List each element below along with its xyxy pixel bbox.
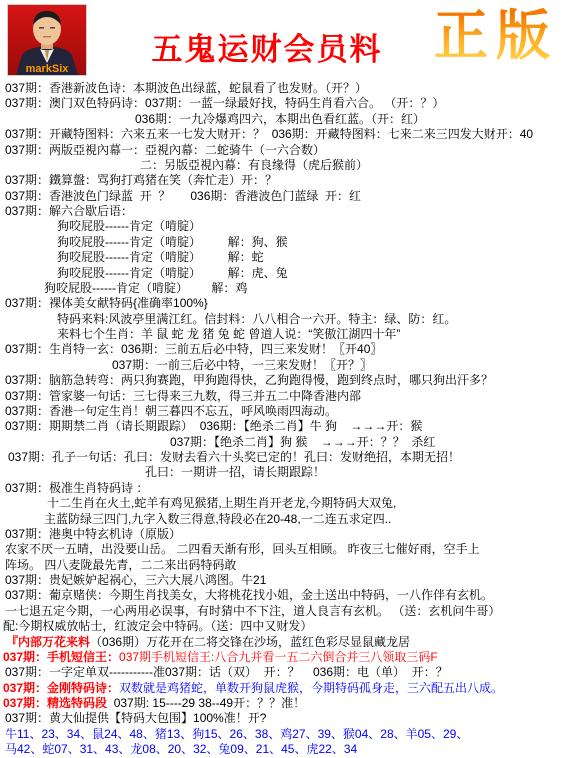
text-segment: 特码来料:风波亭里满江红。信封料：八八相合一六开。特主：绿、防：红。 [57, 312, 456, 326]
text-segment: 农家不厌一五晴，出没要山岳。 二四看天渐有形，回头互相顾。 昨夜三七催好雨，空手… [5, 542, 480, 556]
text-line: 牛11、23、34、鼠24、48、猪13、狗15、26、38、鸡27、39、猴0… [0, 727, 567, 742]
portrait-photo: markSix [7, 4, 87, 76]
text-line: 狗咬屁股------肯定（啃腚） 解：狗、猴 [0, 235, 567, 250]
text-line: 037期：一字定单双-----------准037期：话（双） 开：？ 036期… [0, 665, 567, 680]
text-segment: 037期：金刚特码诗： [3, 681, 119, 695]
text-segment: 狗咬屁股------肯定（啃腚） 解：狗、猴 [57, 235, 288, 249]
text-line: 037期：裸体美女献特码{准确率100%} [0, 296, 567, 311]
member-tip-sheet: markSix 五鬼运财会员料 正版 037期：香港新波色诗：本期波色出绿蓝，蛇… [0, 0, 567, 758]
text-segment: 马42、蛇07、31、43、龙08、20、32、兔09、21、45、虎22、34 [5, 742, 357, 756]
text-line: 037期：期期禁二肖（请长期跟踪） 036期：【绝杀二肖】牛 狗 →→→开：猴 [0, 419, 567, 434]
text-segment: 037期：精选特码段 [3, 696, 107, 710]
text-segment: 037期：一字定单双-----------准037期：话（双） 开：？ 036期… [5, 665, 448, 679]
text-line: 主蓝防绿三四门,九字入数三得意,特段必在20-48,一二连五求定四.. [0, 512, 567, 527]
text-line: 二：另版亞視內幕：有良缘得（虎后猴前） [0, 158, 567, 173]
text-line: 037期：手机短信王：037期手机短信王:八合九并看一五二六倒合并三八领取三码F [0, 650, 567, 665]
text-line: 037期：精选特码段 037期: 15----29 38--49开：？？准！ [0, 696, 567, 711]
text-line: 037期：开藏特图料：六来五来一七发大财开：？ 036期：开藏特图料：七来二来三… [0, 127, 567, 142]
text-line: 037期：一前三后必中特，一三来发财！〖开？〗 [0, 358, 567, 373]
text-line: 狗咬屁股------肯定（啃腚） [0, 219, 567, 234]
text-segment: 037期：极准生肖特码诗 ： [5, 481, 148, 495]
text-line: 来料七个生肖：羊 鼠 蛇 龙 猪 兔 蛇 曾道人说：“笑傲江湖四十年” [0, 327, 567, 342]
text-segment: 036期：一九冷爆鸡四六，本期出色看红蓝。（开：红） [135, 112, 425, 126]
text-segment: 037期：解六合歇后语： [5, 204, 133, 218]
text-line: 037期：贵妃嫉妒起祸心，三六大展八鸿图。牛21 [0, 573, 567, 588]
text-line: 狗咬屁股------肯定（啃腚） 解：鸡 [0, 281, 567, 296]
photo-caption-text: markSix [26, 63, 70, 75]
text-line: 十二生肖在火土,蛇羊有鸡见猴猪,上期生肖开老龙,今期特码大双兔, [0, 496, 567, 511]
text-line: 孔曰：一期讲一招，请长期跟踪！ [0, 465, 567, 480]
text-line: 037期：两版亞視內幕一：亞視內幕：二蛇骑牛（一六合数） [0, 143, 567, 158]
text-segment: （036期）万花开在二将交锋在沙场，蓝红色彩尽显鼠藏龙居 [90, 635, 410, 649]
text-segment: 037期：港奥中特玄机诗（原版） [5, 527, 181, 541]
text-line: 特码来料:风波亭里满江红。信封料：八八相合一六开。特主：绿、防：红。 [0, 312, 567, 327]
text-line: 狗咬屁股------肯定（啃腚） 解：虎、兔 [0, 266, 567, 281]
text-segment: 主蓝防绿三四门,九字入数三得意,特段必在20-48,一二连五求定四.. [44, 512, 391, 526]
text-segment: 037期：期期禁二肖（请长期跟踪） 036期：【绝杀二肖】牛 狗 →→→开：猴 [5, 419, 422, 433]
text-segment: 狗咬屁股------肯定（啃腚） 解：虎、兔 [57, 266, 288, 280]
text-line: 037期：生肖特一玄：036期：三前五后必中特，四三来发财！〖开40〗 [0, 342, 567, 357]
text-line: 037期：鐵算盤：骂狗打鸡猪在笑（奔忙走）开：？ [0, 173, 567, 188]
text-segment: 狗咬屁股------肯定（啃腚） [57, 219, 201, 233]
text-line: 阵场。 四八麦陇最先青，二二来出码特码敢 [0, 558, 567, 573]
text-line: 一七退五定今期，一心两用必误事，有时猜中不下注，道人良言有玄机。 （送：玄机问牛… [0, 604, 567, 619]
text-segment: 来料七个生肖：羊 鼠 蛇 龙 猪 兔 蛇 曾道人说：“笑傲江湖四十年” [57, 327, 400, 341]
text-segment: 037期：裸体美女献特码{准确率100%} [5, 296, 208, 310]
text-segment: 037期：管家婆一句话：三七得来三九数，得三并五二中降香港内部 [5, 389, 361, 403]
header: markSix 五鬼运财会员料 正版 [0, 0, 567, 80]
text-line: 037期：香港波色门绿蓝 开 ？ 036期：香港波色门蓝绿 开：红 [0, 189, 567, 204]
text-segment: 037期：手机短信王： [3, 650, 119, 664]
text-segment: 狗咬屁股------肯定（啃腚） 解：鸡 [44, 281, 247, 295]
page-title: 五鬼运财会员料 [112, 24, 422, 69]
body-lines: 037期：香港新波色诗：本期波色出绿蓝，蛇鼠看了也发财。（开？）037期：澳门双… [0, 81, 567, 758]
text-line: 037期：港奥中特玄机诗（原版） [0, 527, 567, 542]
text-segment: 037期：脑筋急转弯：两只狗赛跑，甲狗跑得快，乙狗跑得慢，跑到终点时，哪只狗出汗… [5, 373, 493, 387]
text-line: 037期：澳门双色特码诗：037期：一蓝一绿最好找，特码生肖看六合。 （开：？） [0, 96, 567, 111]
text-segment: 阵场。 四八麦陇最先青，二二来出码特码敢 [5, 558, 236, 572]
text-line: 037期：极准生肖特码诗 ： [0, 481, 567, 496]
text-segment: 037期：香港一句定生肖！朝三暮四不忘五，呼风唤雨四海动。 [5, 404, 337, 418]
text-line: 『内部万花来料（036期）万花开在二将交锋在沙场，蓝红色彩尽显鼠藏龙居 [0, 635, 567, 650]
text-line: 036期：一九冷爆鸡四六，本期出色看红蓝。（开：红） [0, 112, 567, 127]
text-line: 037期：管家婆一句话：三七得来三九数，得三并五二中降香港内部 [0, 389, 567, 404]
text-line: 037期：解六合歇后语： [0, 204, 567, 219]
text-segment: 『内部万花来料 [6, 635, 90, 649]
text-line: 马42、蛇07、31、43、龙08、20、32、兔09、21、45、虎22、34 [0, 742, 567, 757]
text-segment: 037期：孔子一句话：孔曰：发财去看六十头奖已定的！孔曰：发财绝招，本期无招！ [8, 450, 460, 464]
text-line: 037期：金刚特码诗：双数就是鸡猪蛇，单数开狗鼠虎猴，今期特码孤身走，三六配五出… [0, 681, 567, 696]
text-segment: 一七退五定今期，一心两用必误事，有时猜中不下注，道人良言有玄机。 （送：玄机问牛… [5, 604, 500, 618]
text-segment: 037期：生肖特一玄：036期：三前五后必中特，四三来发财！〖开40〗 [5, 342, 382, 356]
text-segment: 037期：香港波色门绿蓝 开 ？ 036期：香港波色门蓝绿 开：红 [5, 189, 361, 203]
text-segment: 二：另版亞視內幕：有良缘得（虎后猴前） [140, 158, 368, 172]
text-segment: 037期：澳门双色特码诗：037期：一蓝一绿最好找，特码生肖看六合。 （开：？） [5, 96, 444, 110]
text-segment: 037期：贵妃嫉妒起祸心，三六大展八鸿图。牛21 [5, 573, 266, 587]
text-segment: 双数就是鸡猪蛇，单数开狗鼠虎猴，今期特码孤身走，三六配五出八成。 [119, 681, 503, 695]
portrait-image: markSix [8, 5, 86, 75]
text-line: 037期：孔子一句话：孔曰：发财去看六十头奖已定的！孔曰：发财绝招，本期无招！ [0, 450, 567, 465]
text-line: 农家不厌一五晴，出没要山岳。 二四看天渐有形，回头互相顾。 昨夜三七催好雨，空手… [0, 542, 567, 557]
text-line: 037期：【绝杀二肖】狗 猴 →→→开：？？ 杀红 [0, 435, 567, 450]
text-line: 037期：香港新波色诗：本期波色出绿蓝，蛇鼠看了也发财。（开？） [0, 81, 567, 96]
text-segment: 037期：一前三后必中特，一三来发财！〖开？〗 [112, 358, 372, 372]
text-segment: 孔曰：一期讲一招，请长期跟踪！ [145, 465, 325, 479]
text-segment: 037期：葡京赌侠：今期生肖找美女，大将桃花找小姐，金土送出中特码，一八作伴有玄… [5, 588, 493, 602]
text-segment: 037期：两版亞視內幕一：亞視內幕：二蛇骑牛（一六合数） [5, 143, 325, 157]
text-segment: 037期手机短信王:八合九并看一五二六倒合并三八领取三码F [119, 650, 438, 664]
text-segment: 配:今期权威放帖士，红波定会中特码。（送：四中又财发） [3, 619, 312, 633]
text-segment: 狗咬屁股------肯定（啃腚） 解：蛇 [57, 250, 264, 264]
text-line: 配:今期权威放帖士，红波定会中特码。（送：四中又财发） [0, 619, 567, 634]
text-segment: 037期：【绝杀二肖】狗 猴 →→→开：？？ 杀红 [170, 435, 435, 449]
text-segment: 037期：香港新波色诗：本期波色出绿蓝，蛇鼠看了也发财。（开？） [5, 81, 367, 95]
text-line: 狗咬屁股------肯定（啃腚） 解：蛇 [0, 250, 567, 265]
text-line: 037期：脑筋急转弯：两只狗赛跑，甲狗跑得快，乙狗跑得慢，跑到终点时，哪只狗出汗… [0, 373, 567, 388]
text-segment: 037期：黄大仙提供【特码大包围】100%准！开? [5, 711, 266, 725]
text-segment: 037期：开藏特图料：六来五来一七发大财开：？ 036期：开藏特图料：七来二来三… [5, 127, 533, 141]
text-segment: 037期：鐵算盤：骂狗打鸡猪在笑（奔忙走）开：？ [5, 173, 277, 187]
text-line: 037期：葡京赌侠：今期生肖找美女，大将桃花找小姐，金土送出中特码，一八作伴有玄… [0, 588, 567, 603]
text-segment: 十二生肖在火土,蛇羊有鸡见猴猪,上期生肖开老龙,今期特码大双兔, [47, 496, 396, 510]
text-segment: 037期: 15----29 38--49开：？？准！ [107, 696, 305, 710]
genuine-version-badge: 正版 [434, 6, 558, 66]
text-line: 037期：黄大仙提供【特码大包围】100%准！开? [0, 711, 567, 726]
text-segment: 牛11、23、34、鼠24、48、猪13、狗15、26、38、鸡27、39、猴0… [5, 727, 468, 741]
text-line: 037期：香港一句定生肖！朝三暮四不忘五，呼风唤雨四海动。 [0, 404, 567, 419]
